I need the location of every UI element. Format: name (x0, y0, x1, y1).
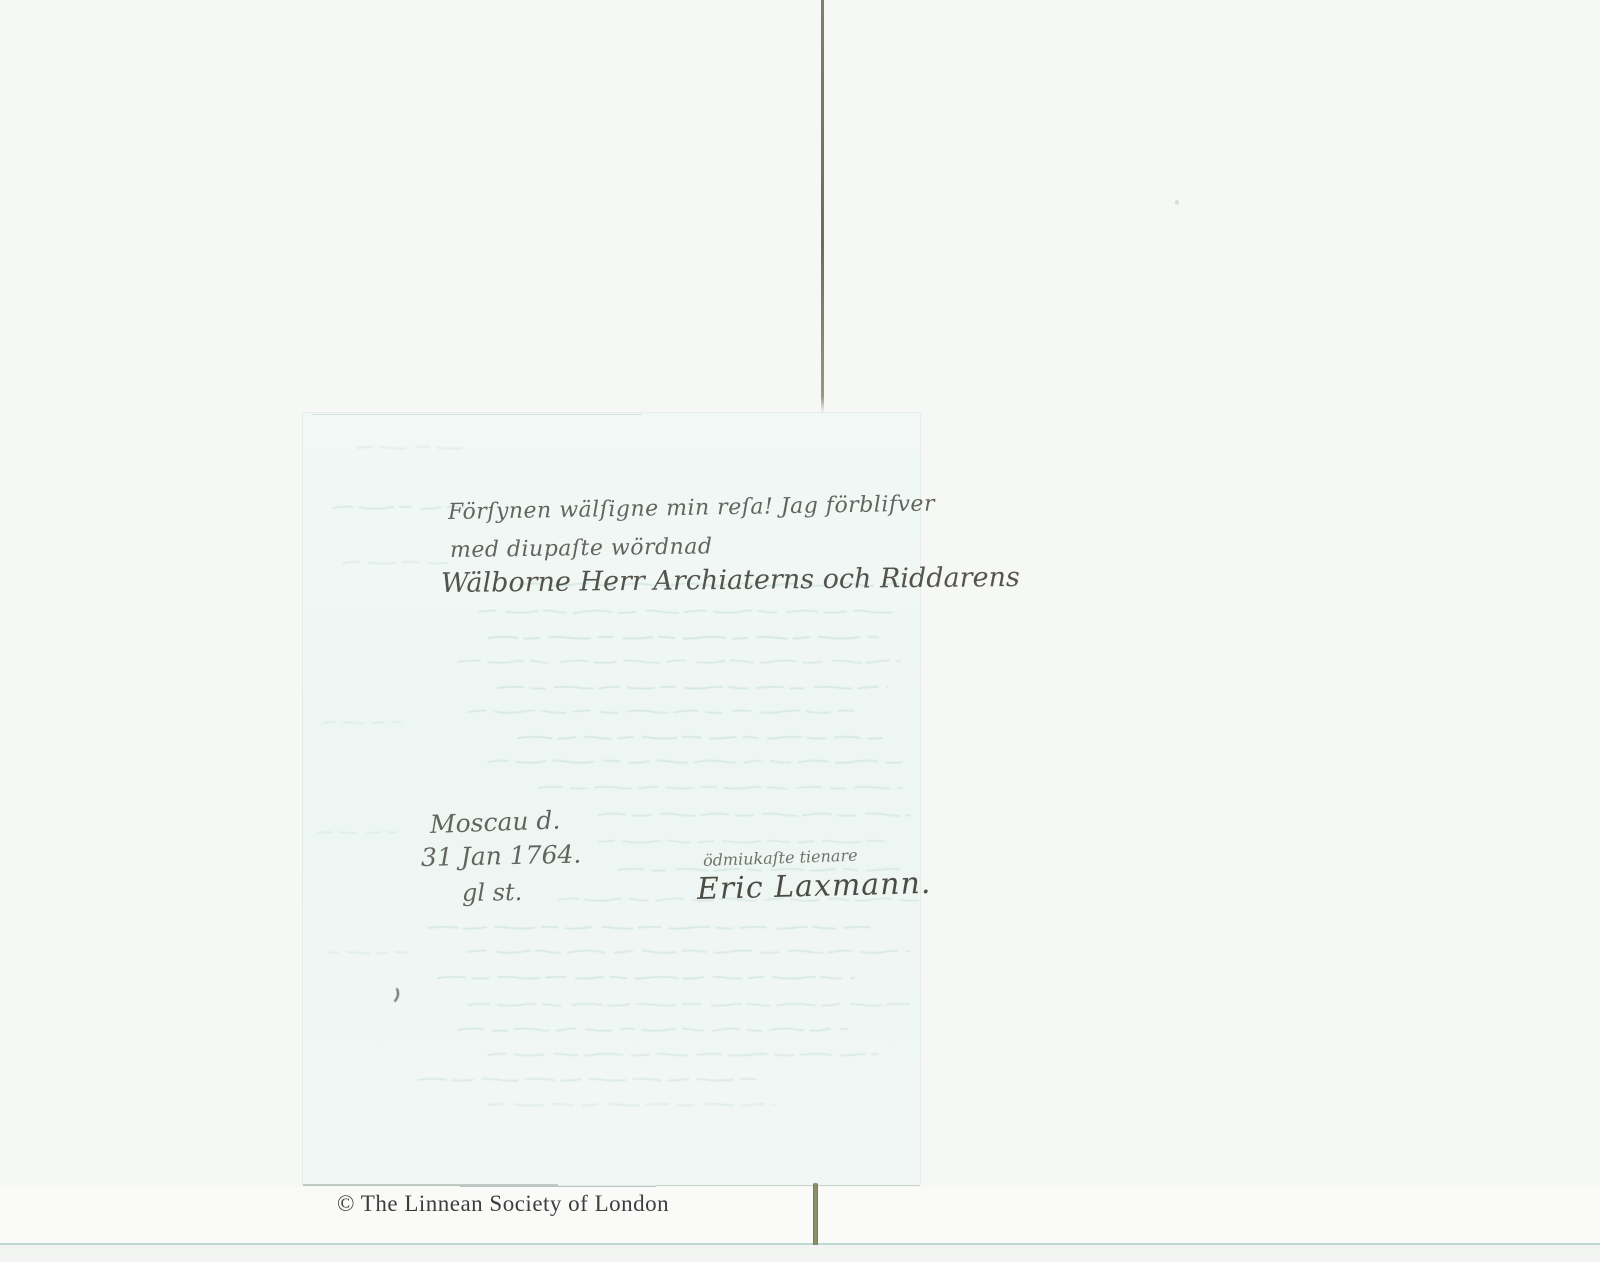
page-bottom-edge (656, 1185, 920, 1186)
letter-date: 31 Jan 1764. (421, 840, 582, 872)
fold-crease-bottom (813, 1183, 818, 1245)
scanner-bed-lower (0, 1245, 1600, 1262)
letter-closing-line-3: Wälborne Herr Archiaterns och Riddarens (441, 562, 1020, 599)
letter-closing-line-2: med diupaſte wördnad (450, 534, 713, 563)
letter-signature-name: Eric Laxmann. (697, 866, 932, 907)
ink-bleedthrough (303, 413, 920, 1185)
copyright-notice: © The Linnean Society of London (337, 1191, 669, 1217)
scanned-letter-canvas: Förſynen wälſigne min reſa! Jag förblifv… (0, 0, 1600, 1262)
letter-calendar-note: gl st. (462, 878, 523, 907)
scanner-bed-strip (0, 1187, 1600, 1243)
scan-dust-speck (1175, 200, 1179, 205)
fold-crease-top (821, 0, 824, 413)
letter-place: Moscau d. (429, 805, 560, 839)
